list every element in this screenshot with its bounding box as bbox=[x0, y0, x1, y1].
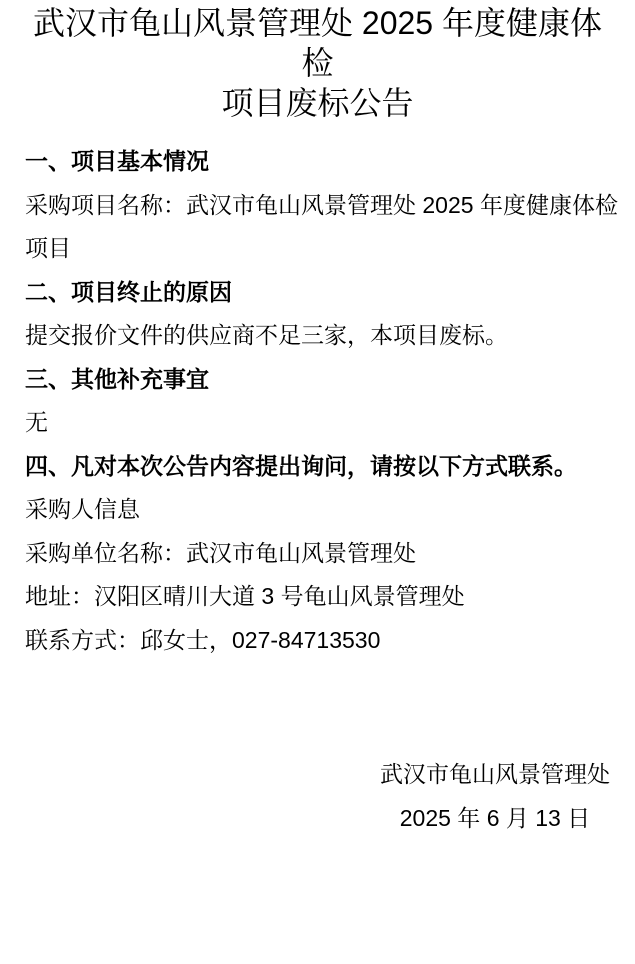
page-title-line-1: 武汉市龟山风景管理处 2025 年度健康体检 bbox=[25, 3, 610, 83]
signature-block: 武汉市龟山风景管理处 2025 年 6 月 13 日 bbox=[380, 753, 610, 840]
paragraph-line-address: 地址：汉阳区晴川大道 3 号龟山风景管理处 bbox=[25, 575, 610, 619]
section-heading-termination-reason: 二、项目终止的原因 bbox=[25, 271, 610, 315]
paragraph-line-purchaser-info: 采购人信息 bbox=[25, 488, 610, 532]
section-heading-contact: 四、凡对本次公告内容提出询问，请按以下方式联系。 bbox=[25, 445, 610, 489]
paragraph-line-termination-reason: 提交报价文件的供应商不足三家，本项目废标。 bbox=[25, 314, 610, 358]
signature-date: 2025 年 6 月 13 日 bbox=[380, 797, 610, 841]
paragraph-line-project-name-wrap: 项目 bbox=[25, 227, 610, 271]
announcement-document: 武汉市龟山风景管理处 2025 年度健康体检 项目废标公告 一、项目基本情况 采… bbox=[0, 0, 635, 964]
signature-org: 武汉市龟山风景管理处 bbox=[380, 753, 610, 797]
paragraph-line-purchaser-name: 采购单位名称：武汉市龟山风景管理处 bbox=[25, 532, 610, 576]
page-title-line-2: 项目废标公告 bbox=[25, 83, 610, 123]
page-title: 武汉市龟山风景管理处 2025 年度健康体检 项目废标公告 bbox=[25, 3, 610, 123]
section-heading-other-matters: 三、其他补充事宜 bbox=[25, 358, 610, 402]
section-heading-basic-info: 一、项目基本情况 bbox=[25, 140, 610, 184]
paragraph-line-project-name: 采购项目名称：武汉市龟山风景管理处 2025 年度健康体检 bbox=[25, 184, 610, 228]
paragraph-line-other-matters: 无 bbox=[25, 401, 610, 445]
paragraph-line-contact-phone: 联系方式：邱女士，027-84713530 bbox=[25, 619, 610, 663]
